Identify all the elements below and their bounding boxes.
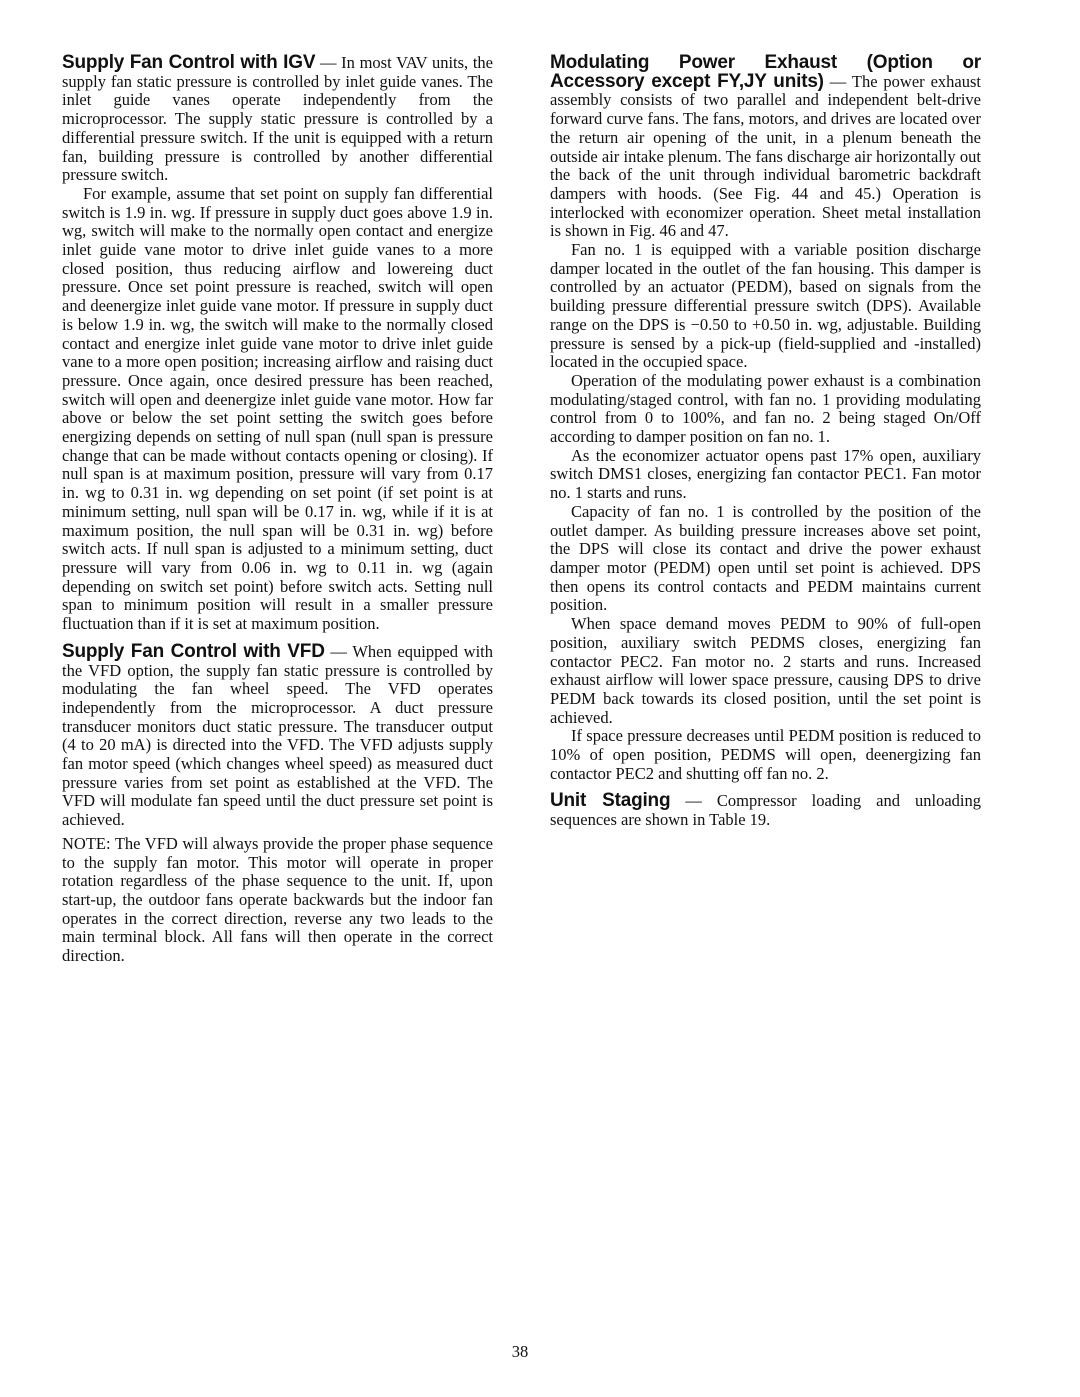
page-number: 38 bbox=[62, 1342, 978, 1362]
paragraph: Fan no. 1 is equipped with a variable po… bbox=[550, 241, 981, 372]
section-heading: Unit Staging bbox=[550, 790, 670, 811]
paragraph: For example, assume that set point on su… bbox=[62, 185, 493, 634]
paragraph: If space pressure decreases until PEDM p… bbox=[550, 727, 981, 783]
heading-dash: — bbox=[670, 791, 717, 810]
paragraph: Operation of the modulating power exhaus… bbox=[550, 372, 981, 447]
section-heading: Supply Fan Control with IGV bbox=[62, 52, 315, 73]
section-supply-fan-igv: Supply Fan Control with IGV — In most VA… bbox=[62, 54, 493, 185]
left-column: Supply Fan Control with IGV — In most VA… bbox=[62, 54, 493, 966]
note-paragraph: NOTE: The VFD will always provide the pr… bbox=[62, 835, 493, 966]
paragraph: As the economizer actuator opens past 17… bbox=[550, 447, 981, 503]
section-lead: The power exhaust assembly consists of t… bbox=[550, 72, 981, 241]
section-supply-fan-vfd: Supply Fan Control with VFD — When equip… bbox=[62, 643, 493, 830]
section-heading: Supply Fan Control with VFD bbox=[62, 641, 325, 662]
document-page: Supply Fan Control with IGV — In most VA… bbox=[0, 0, 1080, 1397]
section-unit-staging: Unit Staging — Compressor loading and un… bbox=[550, 792, 981, 829]
section-modulating-power-exhaust: Modulating Power Exhaust (Option or Acce… bbox=[550, 54, 981, 241]
section-lead: When equipped with the VFD option, the s… bbox=[62, 642, 493, 829]
section-lead: In most VAV units, the supply fan static… bbox=[62, 53, 493, 184]
paragraph: Capacity of fan no. 1 is controlled by t… bbox=[550, 503, 981, 615]
right-column: Modulating Power Exhaust (Option or Acce… bbox=[550, 54, 981, 966]
two-column-layout: Supply Fan Control with IGV — In most VA… bbox=[62, 54, 981, 966]
heading-dash: — bbox=[325, 642, 353, 661]
heading-dash: — bbox=[824, 72, 852, 91]
heading-dash: — bbox=[315, 53, 341, 72]
paragraph: When space demand moves PEDM to 90% of f… bbox=[550, 615, 981, 727]
